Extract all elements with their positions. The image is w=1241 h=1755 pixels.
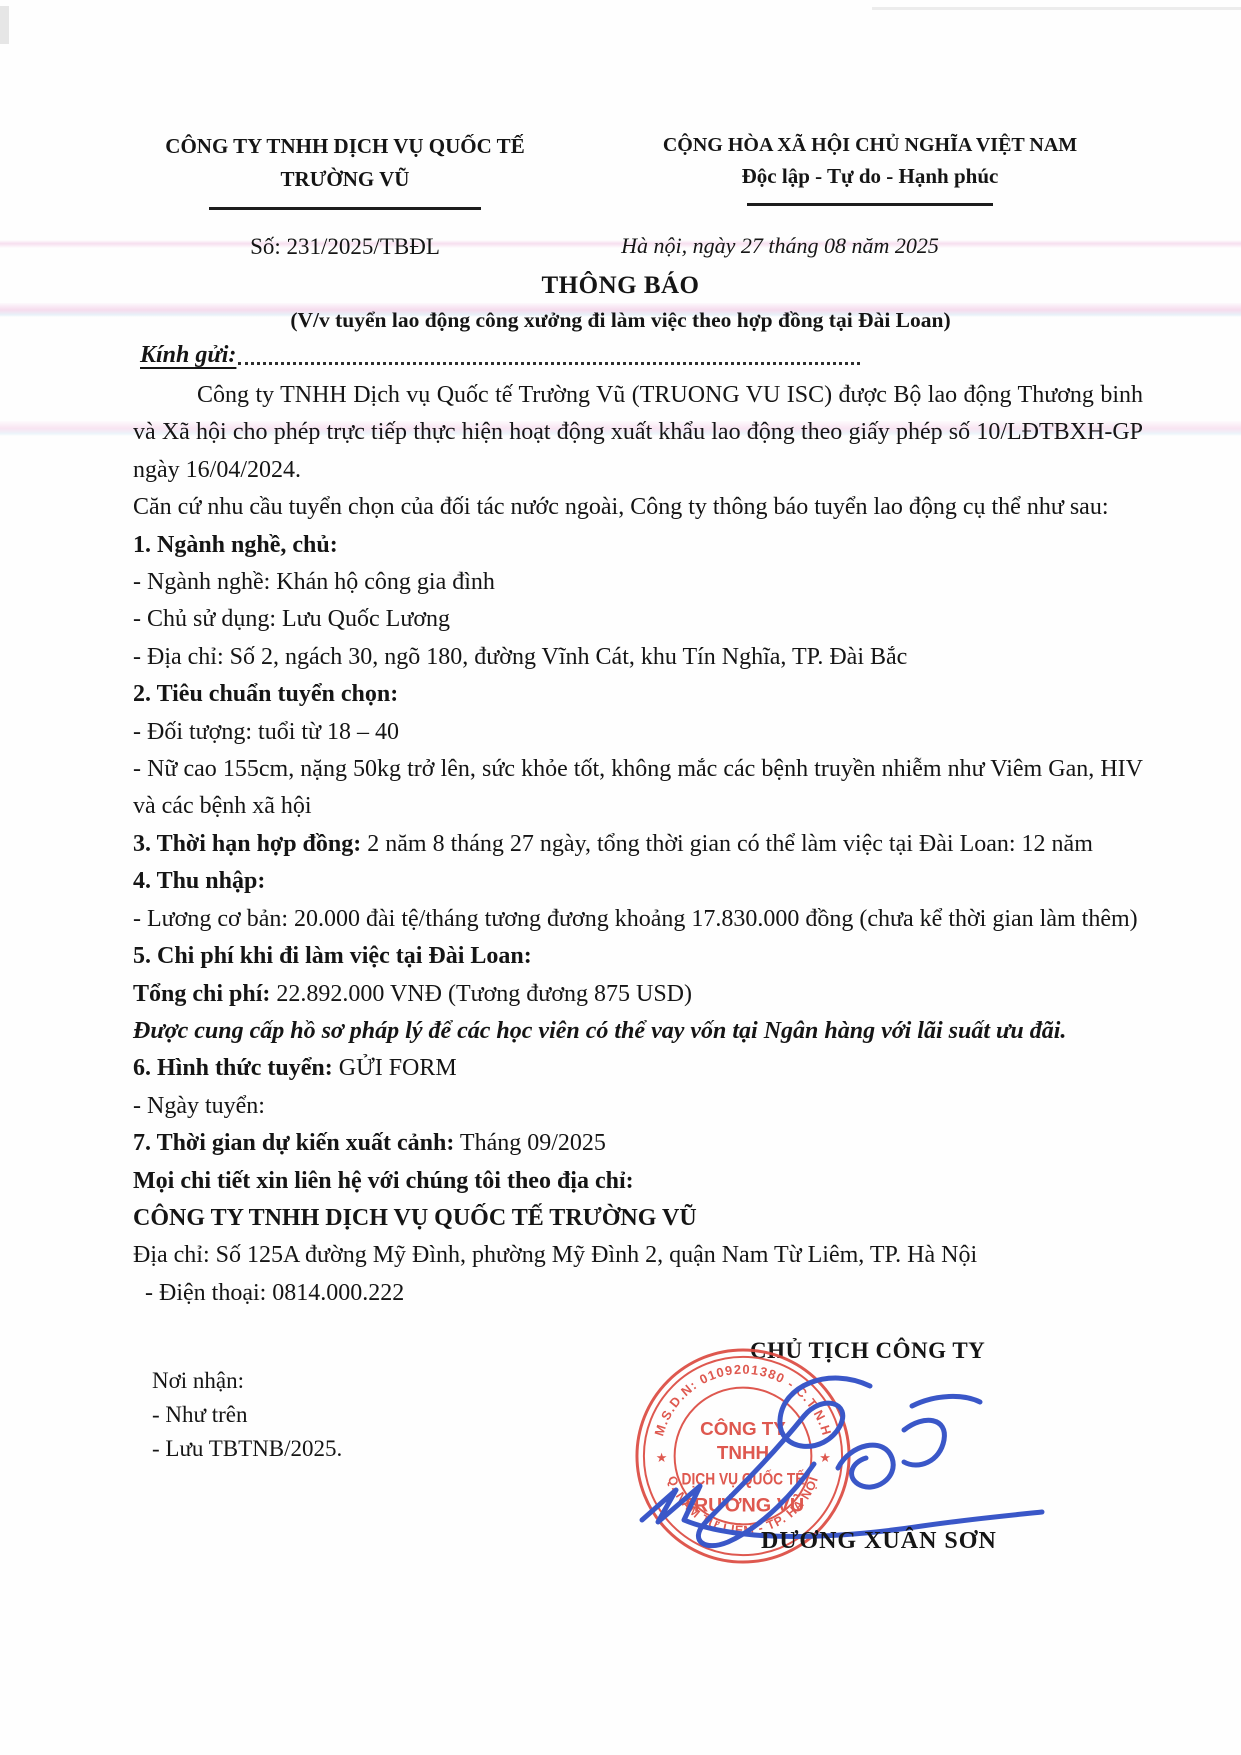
section4-heading: 4. Thu nhập: [133,863,1143,900]
signer-name: DƯƠNG XUÂN SƠN [761,1528,997,1555]
section5-heading: 5. Chi phí khi đi làm việc tại Đài Loan: [133,938,1143,975]
section7-label: 7. Thời gian dự kiến xuất cảnh: [133,1130,454,1156]
section6-label: 6. Hình thức tuyển: [133,1055,333,1081]
section5-note: Được cung cấp hồ sơ pháp lý để các học v… [133,1013,1143,1050]
intro-paragraph-2: Căn cứ nhu cầu tuyển chọn của đối tác nư… [133,489,1143,526]
intro-paragraph-1: Công ty TNHH Dịch vụ Quốc tế Trường Vũ (… [133,377,1143,489]
national-motto-line1: CỘNG HÒA XÃ HỘI CHỦ NGHĨA VIỆT NAM [655,130,1085,160]
contact-company: CÔNG TY TNHH DỊCH VỤ QUỐC TẾ TRƯỜNG VŨ [133,1200,1143,1237]
header-national-block: CỘNG HÒA XÃ HỘI CHỦ NGHĨA VIỆT NAM Độc l… [655,130,1085,210]
signature-stroke [838,1445,893,1487]
header: CÔNG TY TNHH DỊCH VỤ QUỐC TẾ TRƯỜNG VŨ C… [120,130,1120,210]
signature-stroke [912,1396,980,1406]
place-and-date: Hà nội, ngày 27 tháng 08 năm 2025 [540,233,1020,259]
national-motto-line2: Độc lập - Tự do - Hạnh phúc [655,160,1085,192]
section3-line: 3. Thời hạn hợp đồng: 2 năm 8 tháng 27 n… [133,826,1143,863]
recipients-block: Nơi nhận: - Như trên - Lưu TBTNB/2025. [152,1364,342,1466]
salutation-row: Kính gửi: [140,342,860,369]
section2-heading: 2. Tiêu chuẩn tuyển chọn: [133,676,1143,713]
recipient-line: - Lưu TBTNB/2025. [152,1432,342,1466]
section1-line: - Địa chỉ: Số 2, ngách 30, ngõ 180, đườn… [133,639,1143,676]
company-name-line2: TRƯỜNG VŨ [120,163,570,196]
header-rule-right [747,203,993,206]
scan-corner-artifact [0,6,9,44]
section2-line: - Đối tượng: tuổi từ 18 – 40 [133,714,1143,751]
document-page: CÔNG TY TNHH DỊCH VỤ QUỐC TẾ TRƯỜNG VŨ C… [0,0,1241,1755]
scan-line-artifact [872,7,1241,10]
recipient-line: - Như trên [152,1398,342,1432]
salutation-label: Kính gửi: [140,342,236,369]
section5-total-label: Tổng chi phí: [133,981,270,1007]
section6-line: 6. Hình thức tuyển: GỬI FORM [133,1050,1143,1087]
section5-total: Tổng chi phí: 22.892.000 VNĐ (Tương đươn… [133,976,1143,1013]
section1-heading: 1. Ngành nghề, chủ: [133,527,1143,564]
section7-text: Tháng 09/2025 [454,1130,606,1156]
document-body: Công ty TNHH Dịch vụ Quốc tế Trường Vũ (… [133,377,1143,1312]
section6-subline: - Ngày tuyển: [133,1088,1143,1125]
header-rule-left [209,207,481,210]
company-name-line1: CÔNG TY TNHH DỊCH VỤ QUỐC TẾ [120,130,570,163]
signature-stroke [904,1420,944,1465]
contact-phone: - Điện thoại: 0814.000.222 [133,1275,1143,1312]
section3-label: 3. Thời hạn hợp đồng: [133,831,361,857]
section2-line: - Nữ cao 155cm, nặng 50kg trở lên, sức k… [133,751,1143,826]
header-company-block: CÔNG TY TNHH DỊCH VỤ QUỐC TẾ TRƯỜNG VŨ [120,130,570,210]
document-subtitle: (V/v tuyển lao động công xưởng đi làm vi… [0,308,1241,333]
document-title: THÔNG BÁO [0,272,1241,300]
contact-intro: Mọi chi tiết xin liên hệ với chúng tôi t… [133,1163,1143,1200]
section5-total-text: 22.892.000 VNĐ (Tương đương 875 USD) [270,981,692,1007]
section4-line: - Lương cơ bản: 20.000 đài tệ/tháng tươn… [133,901,1143,938]
section3-text: 2 năm 8 tháng 27 ngày, tổng thời gian có… [361,831,1093,857]
document-number: Số: 231/2025/TBĐL [120,234,570,260]
section6-text: GỬI FORM [333,1055,457,1081]
contact-address: Địa chỉ: Số 125A đường Mỹ Đình, phường M… [133,1237,1143,1274]
recipients-label: Nơi nhận: [152,1364,342,1398]
section7-line: 7. Thời gian dự kiến xuất cảnh: Tháng 09… [133,1125,1143,1162]
section1-line: - Ngành nghề: Khán hộ công gia đình [133,564,1143,601]
section1-line: - Chủ sử dụng: Lưu Quốc Lương [133,601,1143,638]
salutation-dotted-leader [238,362,860,365]
